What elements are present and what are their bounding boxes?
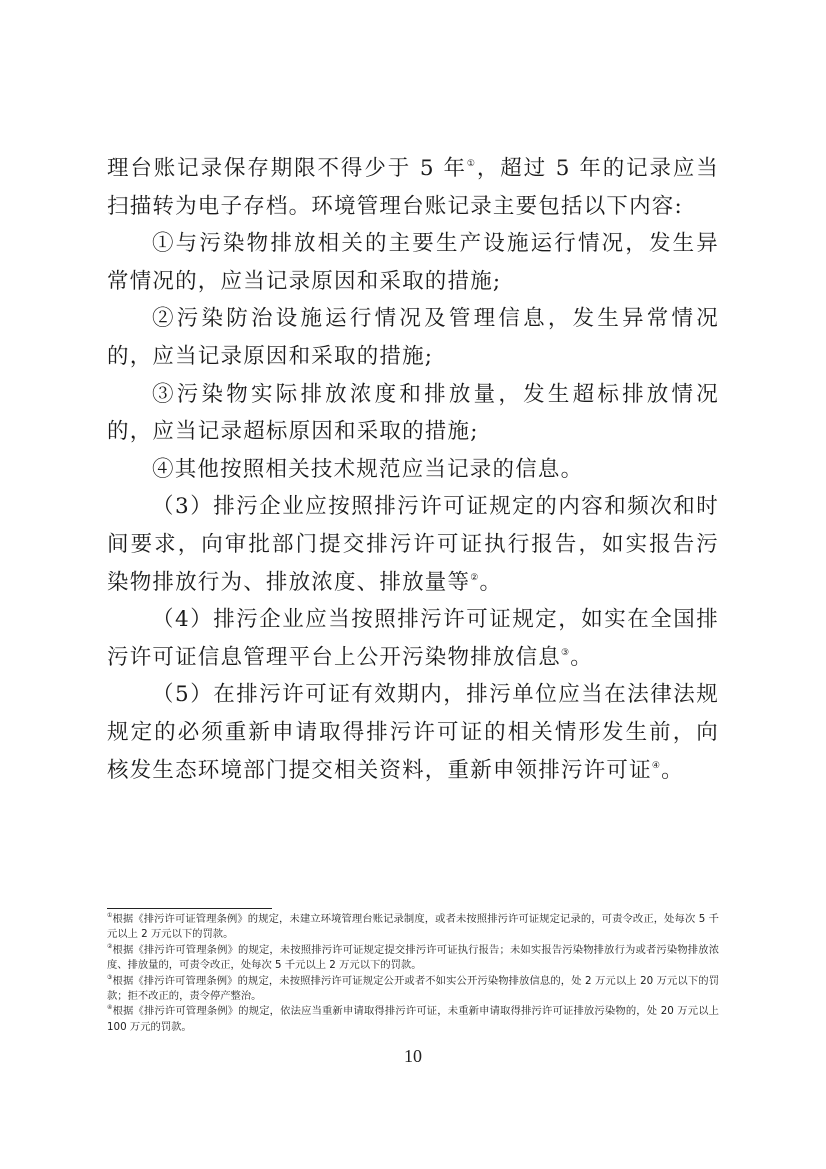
footnote-separator	[107, 908, 272, 909]
list-item-1: ①与污染物排放相关的主要生产设施运行情况，发生异常情况的，应当记录原因和采取的措…	[107, 225, 719, 300]
list-item-3: ③污染物实际排放浓度和排放量，发生超标排放情况的，应当记录超标原因和采取的措施;	[107, 376, 719, 451]
list-item-4: ④其他按照相关技术规范应当记录的信息。	[107, 451, 719, 489]
footnote-4: ④根据《排污许可管理条例》的规定，依法应当重新申请取得排污许可证，未重新申请取得…	[107, 1004, 719, 1035]
paragraph-4: （4）排污企业应当按照排污许可证规定，如实在全国排污许可证信息管理平台上公开污染…	[107, 601, 719, 676]
page-number: 10	[0, 1046, 826, 1067]
list-item-2: ②污染防治设施运行情况及管理信息，发生异常情况的，应当记录原因和采取的措施;	[107, 300, 719, 375]
paragraph-3: （3）排污企业应按照排污许可证规定的内容和频次和时间要求，向审批部门提交排污许可…	[107, 488, 719, 601]
footnote-3: ③根据《排污许可管理条例》的规定，未按照排污许可证规定公开或者不如实公开污染物排…	[107, 974, 719, 1005]
document-page: 理台账记录保存期限不得少于 5 年①，超过 5 年的记录应当扫描转为电子存档。环…	[0, 0, 826, 1169]
footnote-2: ②根据《排污许可管理条例》的规定，未按照排污许可证规定提交排污许可证执行报告；未…	[107, 943, 719, 974]
footnote-1: ①根据《排污许可证管理条例》的规定，未建立环境管理台账记录制度，或者未按照排污许…	[107, 912, 719, 943]
footnote-ref-3[interactable]: ③	[561, 648, 570, 658]
body-text: 理台账记录保存期限不得少于 5 年①，超过 5 年的记录应当扫描转为电子存档。环…	[107, 150, 719, 789]
footnote-ref-4[interactable]: ④	[652, 761, 661, 771]
paragraph-ledger-retention: 理台账记录保存期限不得少于 5 年①，超过 5 年的记录应当扫描转为电子存档。环…	[107, 150, 719, 225]
footnotes: ①根据《排污许可证管理条例》的规定，未建立环境管理台账记录制度，或者未按照排污许…	[107, 912, 719, 1035]
paragraph-5: （5）在排污许可证有效期内，排污单位应当在法律法规规定的必须重新申请取得排污许可…	[107, 676, 719, 789]
footnote-ref-1[interactable]: ①	[467, 159, 477, 169]
